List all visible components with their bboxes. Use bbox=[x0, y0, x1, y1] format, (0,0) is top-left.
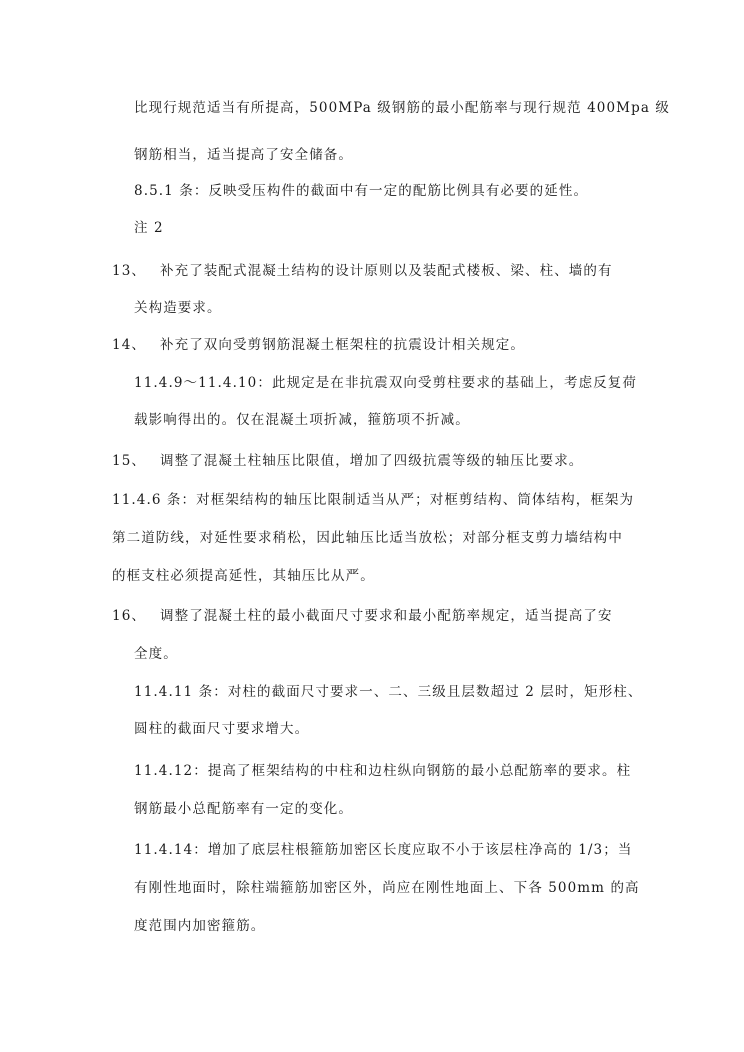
numbered-item-line: 16、调整了混凝土柱的最小截面尺寸要求和最小配筋率规定，适当提高了安 bbox=[112, 607, 613, 625]
line-text: 第二道防线，对延性要求稍松，因此轴压比适当放松；对部分框支剪力墙结构中 bbox=[112, 530, 623, 546]
line-text: 关构造要求。 bbox=[134, 300, 222, 316]
line-text: 圆柱的截面尺寸要求增大。 bbox=[134, 721, 309, 737]
line-text: 8.5.1 条：反映受压构件的截面中有一定的配筋比例具有必要的延性。 bbox=[134, 183, 588, 199]
numbered-item-line: 14、补充了双向受剪钢筋混凝土框架柱的抗震设计相关规定。 bbox=[112, 336, 525, 354]
line-text: 11.4.14：增加了底层柱根箍筋加密区长度应取不小于该层柱净高的 1/3；当 bbox=[134, 842, 632, 858]
paragraph-line: 全度。 bbox=[134, 645, 178, 663]
line-text: 钢筋最小总配筋率有一定的变化。 bbox=[134, 801, 353, 817]
paragraph-line: 8.5.1 条：反映受压构件的截面中有一定的配筋比例具有必要的延性。 bbox=[134, 182, 588, 200]
paragraph-line: 11.4.14：增加了底层柱根箍筋加密区长度应取不小于该层柱净高的 1/3；当 bbox=[134, 841, 632, 859]
line-text: 补充了双向受剪钢筋混凝土框架柱的抗震设计相关规定。 bbox=[160, 337, 525, 353]
numbered-item-line: 15、调整了混凝土柱轴压比限值，增加了四级抗震等级的轴压比要求。 bbox=[112, 452, 583, 470]
numbered-item-line: 13、补充了装配式混凝土结构的设计原则以及装配式楼板、梁、柱、墙的有 bbox=[112, 262, 613, 280]
line-text: 全度。 bbox=[134, 646, 178, 662]
paragraph-line: 注 2 bbox=[134, 219, 164, 237]
paragraph-line: 钢筋最小总配筋率有一定的变化。 bbox=[134, 800, 353, 818]
paragraph-line: 有刚性地面时，除柱端箍筋加密区外，尚应在刚性地面上、下各 500mm 的高 bbox=[134, 879, 640, 897]
line-text: 调整了混凝土柱轴压比限值，增加了四级抗震等级的轴压比要求。 bbox=[160, 453, 583, 469]
item-number: 14、 bbox=[112, 336, 160, 354]
line-text: 11.4.9～11.4.10：此规定是在非抗震双向受剪柱要求的基础上，考虑反复荷 bbox=[134, 375, 637, 391]
line-text: 钢筋相当，适当提高了安全储备。 bbox=[134, 147, 353, 163]
line-text: 11.4.6 条：对框架结构的轴压比限制适当从严；对框剪结构、筒体结构，框架为 bbox=[112, 492, 634, 508]
paragraph-line: 比现行规范适当有所提高，500MPa 级钢筋的最小配筋率与现行规范 400Mpa… bbox=[134, 99, 670, 117]
paragraph-line: 11.4.11 条：对柱的截面尺寸要求一、二、三级且层数超过 2 层时，矩形柱、 bbox=[134, 683, 643, 701]
line-text: 的框支柱必须提高延性，其轴压比从严。 bbox=[112, 568, 375, 584]
paragraph-line: 度范围内加密箍筋。 bbox=[134, 917, 265, 935]
item-number: 16、 bbox=[112, 607, 160, 625]
paragraph-line: 圆柱的截面尺寸要求增大。 bbox=[134, 720, 309, 738]
line-text: 比现行规范适当有所提高，500MPa 级钢筋的最小配筋率与现行规范 400Mpa… bbox=[134, 100, 670, 116]
line-text: 补充了装配式混凝土结构的设计原则以及装配式楼板、梁、柱、墙的有 bbox=[160, 263, 613, 279]
item-number: 15、 bbox=[112, 452, 160, 470]
paragraph-line: 第二道防线，对延性要求稍松，因此轴压比适当放松；对部分框支剪力墙结构中 bbox=[112, 529, 623, 547]
line-text: 注 2 bbox=[134, 220, 164, 236]
line-text: 11.4.12：提高了框架结构的中柱和边柱纵向钢筋的最小总配筋率的要求。柱 bbox=[134, 763, 631, 779]
line-text: 调整了混凝土柱的最小截面尺寸要求和最小配筋率规定，适当提高了安 bbox=[160, 608, 613, 624]
paragraph-line: 11.4.12：提高了框架结构的中柱和边柱纵向钢筋的最小总配筋率的要求。柱 bbox=[134, 762, 631, 780]
item-number: 13、 bbox=[112, 262, 160, 280]
paragraph-line: 关构造要求。 bbox=[134, 299, 222, 317]
line-text: 载影响得出的。仅在混凝土项折减，箍筋项不折减。 bbox=[134, 412, 470, 428]
paragraph-line: 钢筋相当，适当提高了安全储备。 bbox=[134, 146, 353, 164]
line-text: 度范围内加密箍筋。 bbox=[134, 918, 265, 934]
paragraph-line: 的框支柱必须提高延性，其轴压比从严。 bbox=[112, 567, 375, 585]
paragraph-line: 11.4.6 条：对框架结构的轴压比限制适当从严；对框剪结构、筒体结构，框架为 bbox=[112, 491, 634, 509]
line-text: 11.4.11 条：对柱的截面尺寸要求一、二、三级且层数超过 2 层时，矩形柱、 bbox=[134, 684, 643, 700]
line-text: 有刚性地面时，除柱端箍筋加密区外，尚应在刚性地面上、下各 500mm 的高 bbox=[134, 880, 640, 896]
paragraph-line: 11.4.9～11.4.10：此规定是在非抗震双向受剪柱要求的基础上，考虑反复荷 bbox=[134, 374, 637, 392]
paragraph-line: 载影响得出的。仅在混凝土项折减，箍筋项不折减。 bbox=[134, 411, 470, 429]
